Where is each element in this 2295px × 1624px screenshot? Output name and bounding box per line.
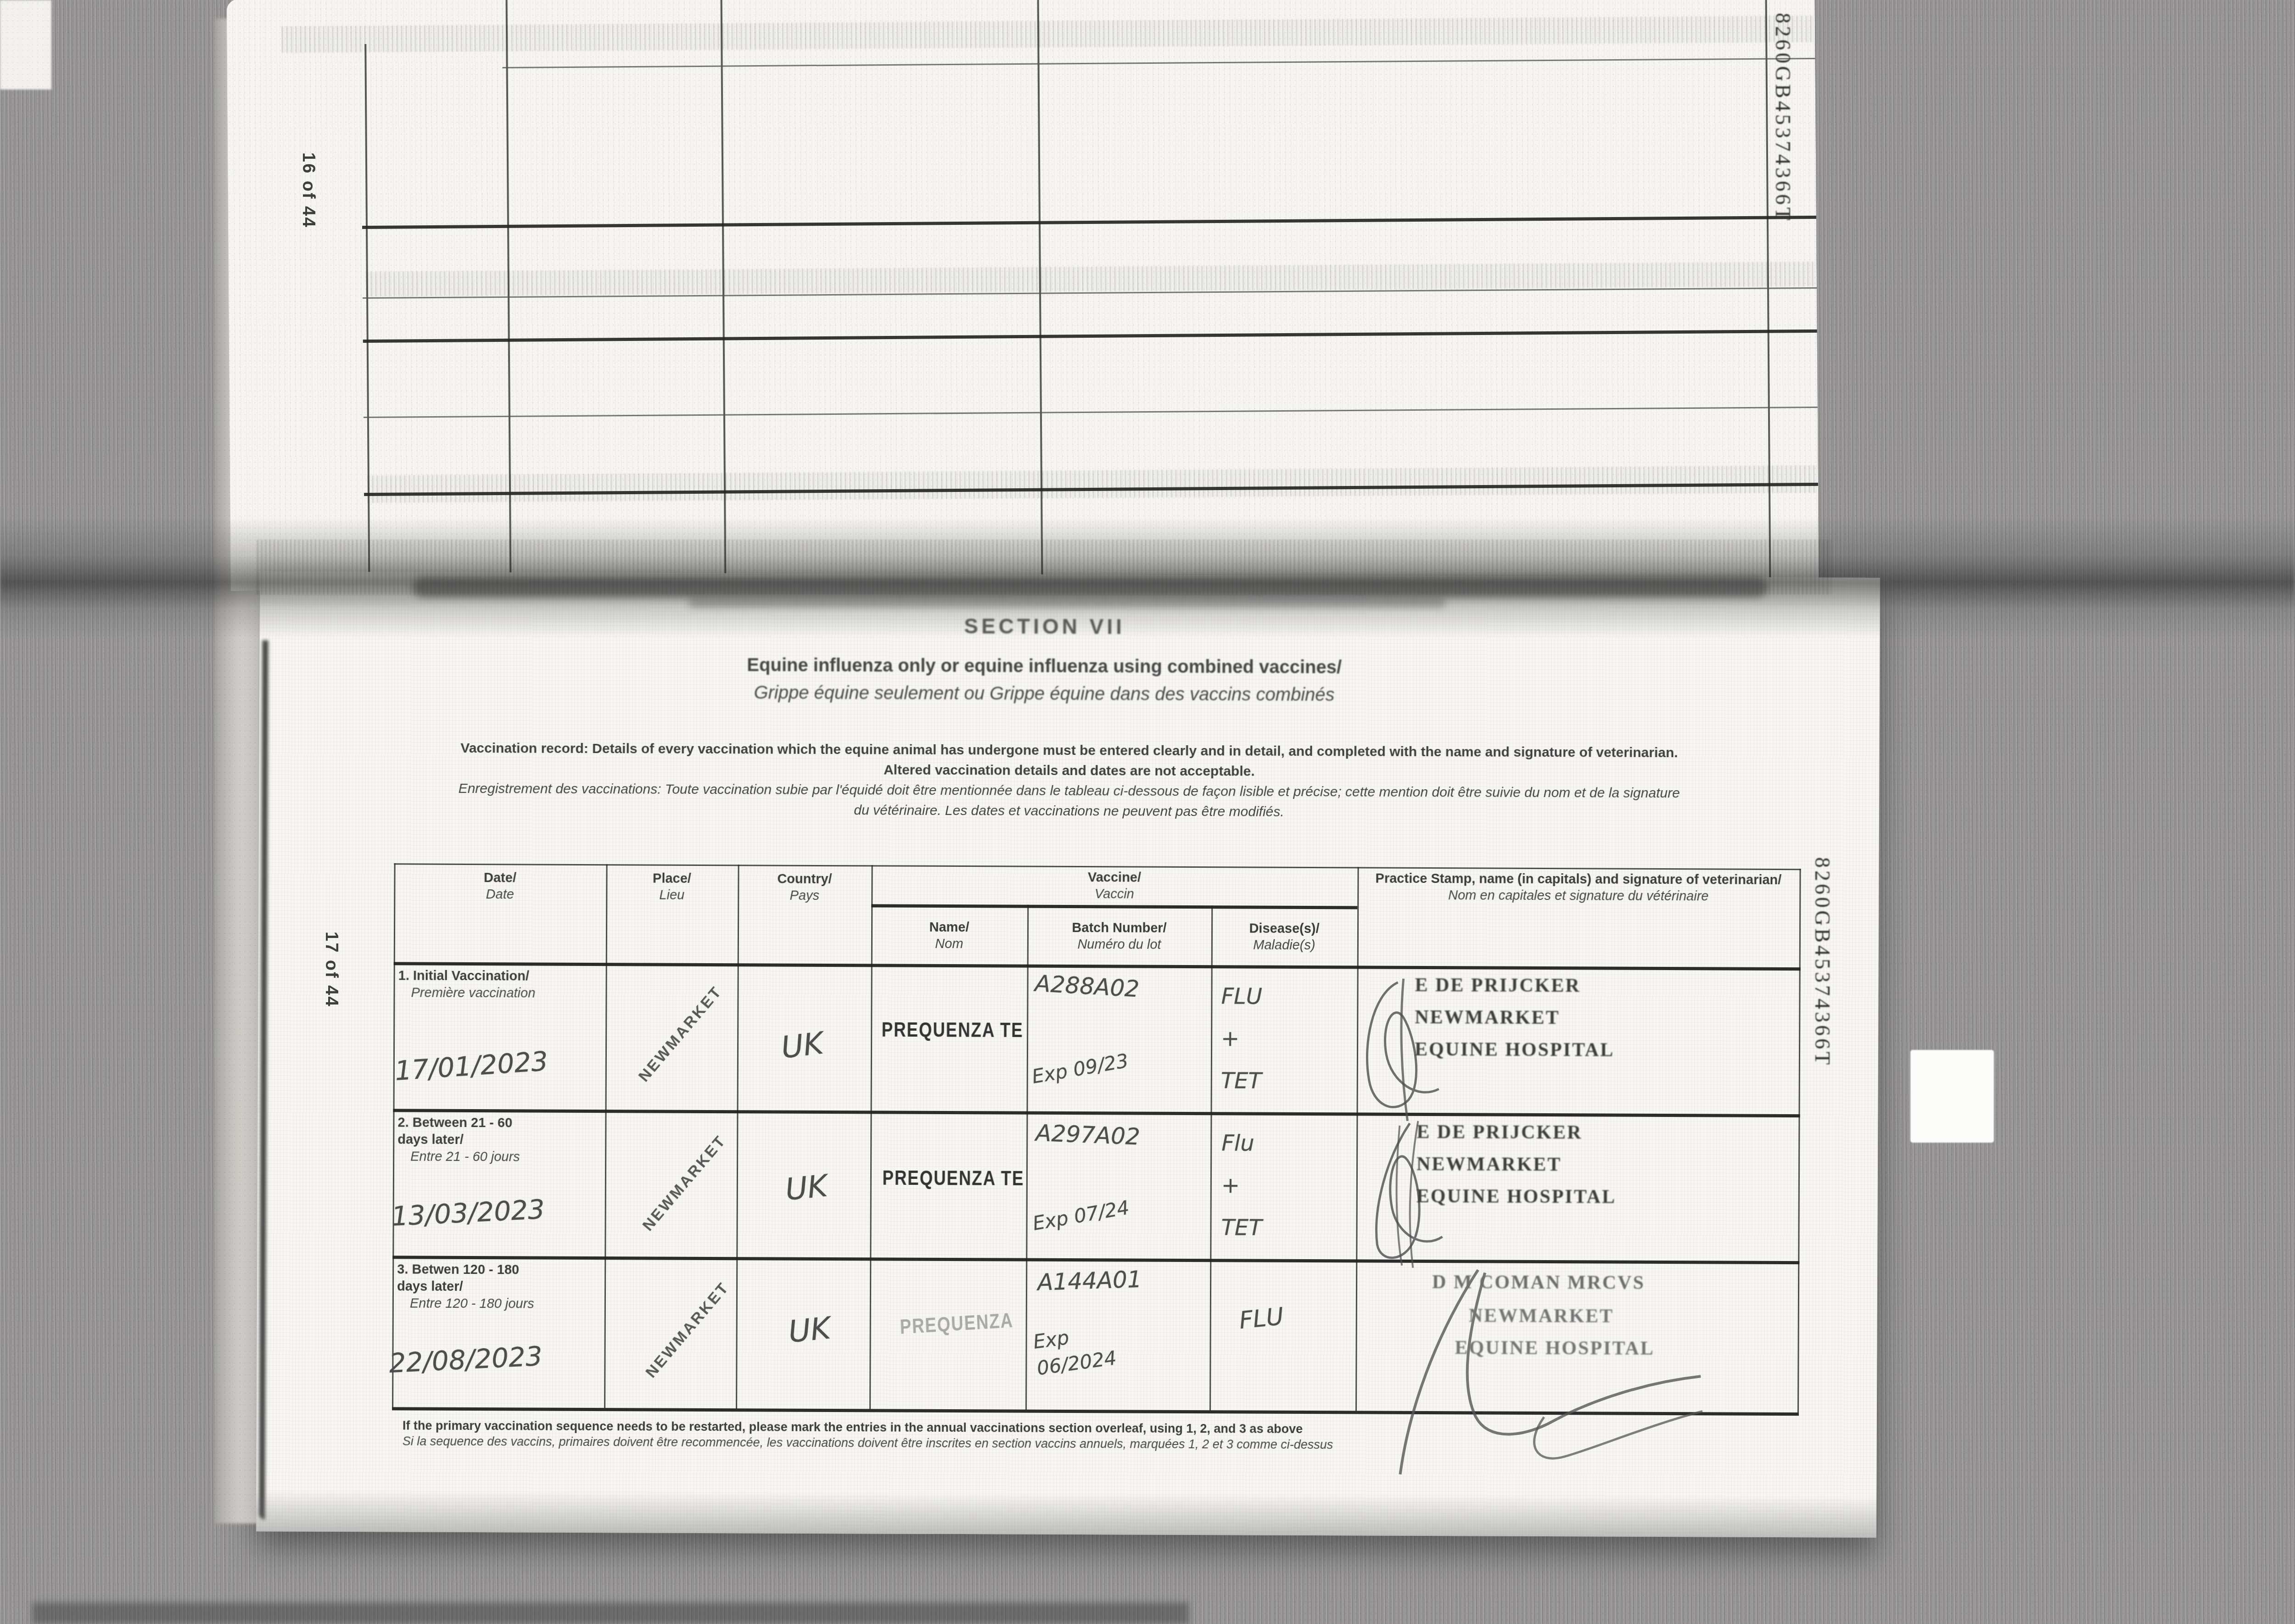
table-border-left (392, 863, 396, 1409)
scan-noise-band (282, 16, 1815, 53)
row1-label: 1. Initial Vaccination/ Première vaccina… (398, 967, 602, 1002)
row3-label: 3. Betwen 120 - 180 days later/ Entre 12… (397, 1261, 601, 1313)
passport-code-main: 8260GB45374366T (1810, 857, 1835, 1067)
row2-vaccine-stamp: PREQUENZA TE (882, 1167, 1024, 1191)
header-bottom-rule (394, 962, 1801, 971)
row2-date-handwriting: 13/03/2023 (391, 1194, 545, 1232)
header-batch-number: Batch Number/ Numéro du lot (1027, 920, 1211, 954)
row1-date-handwriting: 17/01/2023 (394, 1045, 549, 1087)
row2-country-handwriting: UK (784, 1168, 829, 1207)
header-vaccine: Vaccine/ Vaccin (871, 868, 1357, 903)
scan-corner-artifact (0, 0, 51, 89)
row2-place-stamp: NEWMARKET (639, 1132, 730, 1234)
row3-disease-handwriting: FLU (1238, 1303, 1285, 1334)
row1-stamp-line2: NEWMARKET (1415, 1006, 1560, 1029)
row1-place-stamp: NEWMARKET (635, 982, 726, 1085)
vaccine-subheader-rule (871, 904, 1357, 909)
row1-stamp-line1: E DE PRIJCKER (1415, 974, 1580, 997)
row1-vaccine-stamp: PREQUENZA TE (882, 1019, 1024, 1043)
row2-stamp-line3: EQUINE HOSPITAL (1416, 1185, 1616, 1208)
row1-disease-handwriting: FLU + TET (1221, 975, 1263, 1102)
table-rule-vertical (1765, 0, 1771, 580)
header-practice-stamp: Practice Stamp, name (in capitals) and s… (1371, 871, 1786, 905)
header-vaccine-name: Name/ Nom (871, 919, 1027, 952)
page-number-17: 17 of 44 (321, 932, 341, 1008)
table-rule-horizontal (363, 329, 1817, 343)
table-rule-vertical (736, 865, 739, 1411)
scan-bottom-shadow (32, 1602, 1189, 1624)
row3-stamp-line2: NEWMARKET (1469, 1305, 1614, 1327)
row3-expiry-handwriting: Exp 06/2024 (1031, 1318, 1118, 1382)
row3-stamp-line1: D M COMAN MRCVS (1432, 1271, 1645, 1294)
table-rule-vertical (1025, 905, 1029, 1412)
table-rule-horizontal (503, 58, 1815, 68)
header-country: Country/ Pays (738, 871, 871, 904)
previous-page-bottom (227, 0, 1819, 591)
table-border-right (1797, 869, 1801, 1415)
table-rule-vertical (364, 44, 370, 590)
table-rule-horizontal (364, 407, 1818, 418)
page-left-edge-shadow (259, 640, 268, 1519)
row3-country-handwriting: UK (787, 1310, 832, 1350)
row2-label: 2. Between 21 - 60 days later/ Entre 21 … (397, 1114, 602, 1166)
scan-noise-band (366, 262, 1817, 296)
row3-vaccine-stamp: PREQUENZA (900, 1309, 1014, 1339)
sticky-tab (1910, 1050, 1994, 1143)
row2-batch-handwriting: A297A02 (1035, 1120, 1141, 1150)
scanned-passport-page: 16 of 44 8260GB45374366T SECTION VII Equ… (0, 0, 2295, 1624)
section-subtitle-en: Equine influenza only or equine influenz… (259, 653, 1829, 680)
row2-disease-handwriting: Flu + TET (1221, 1122, 1262, 1249)
page-number-16: 16 of 44 (298, 152, 318, 229)
table-rule-vertical (604, 864, 608, 1410)
header-date: Date/ Date (394, 869, 606, 903)
row1-country-handwriting: UK (779, 1026, 825, 1066)
passport-code-top: 8260GB45374366T (1771, 13, 1795, 223)
vaccination-record-page: SECTION VII Equine influenza only or equ… (256, 571, 1880, 1538)
row3-batch-handwriting: A144A01 (1037, 1266, 1142, 1296)
instructions-paragraph: Vaccination record: Details of every vac… (346, 738, 1792, 824)
illegible-smudged-text (413, 577, 1767, 597)
row2-stamp-line2: NEWMARKET (1416, 1153, 1562, 1176)
table-rule-horizontal (362, 216, 1816, 229)
section-subtitle-fr: Grippe équine seulement ou Grippe équine… (259, 681, 1829, 707)
header-disease: Disease(s)/ Maladie(s) (1211, 920, 1357, 954)
row2-expiry-handwriting: Exp 07/24 (1031, 1196, 1131, 1234)
row1-stamp-line3: EQUINE HOSPITAL (1415, 1038, 1614, 1061)
row3-place-stamp: NEWMARKET (642, 1278, 733, 1381)
table-rule-vertical (1209, 905, 1213, 1412)
illegible-smudged-text (688, 597, 1446, 608)
row-divider (393, 1109, 1800, 1117)
row-divider (392, 1256, 1799, 1264)
row3-stamp-line3: EQUINE HOSPITAL (1455, 1337, 1654, 1360)
row1-batch-handwriting: A288A02 (1034, 970, 1140, 1003)
footnote: If the primary vaccination sequence need… (403, 1418, 1780, 1454)
row1-expiry-handwriting: Exp 09/23 (1030, 1049, 1130, 1088)
section-heading: SECTION VII (259, 611, 1829, 642)
row2-stamp-line1: E DE PRIJCKER (1416, 1121, 1582, 1144)
header-place: Place/ Lieu (606, 870, 738, 904)
row3-date-handwriting: 22/08/2023 (388, 1340, 543, 1379)
